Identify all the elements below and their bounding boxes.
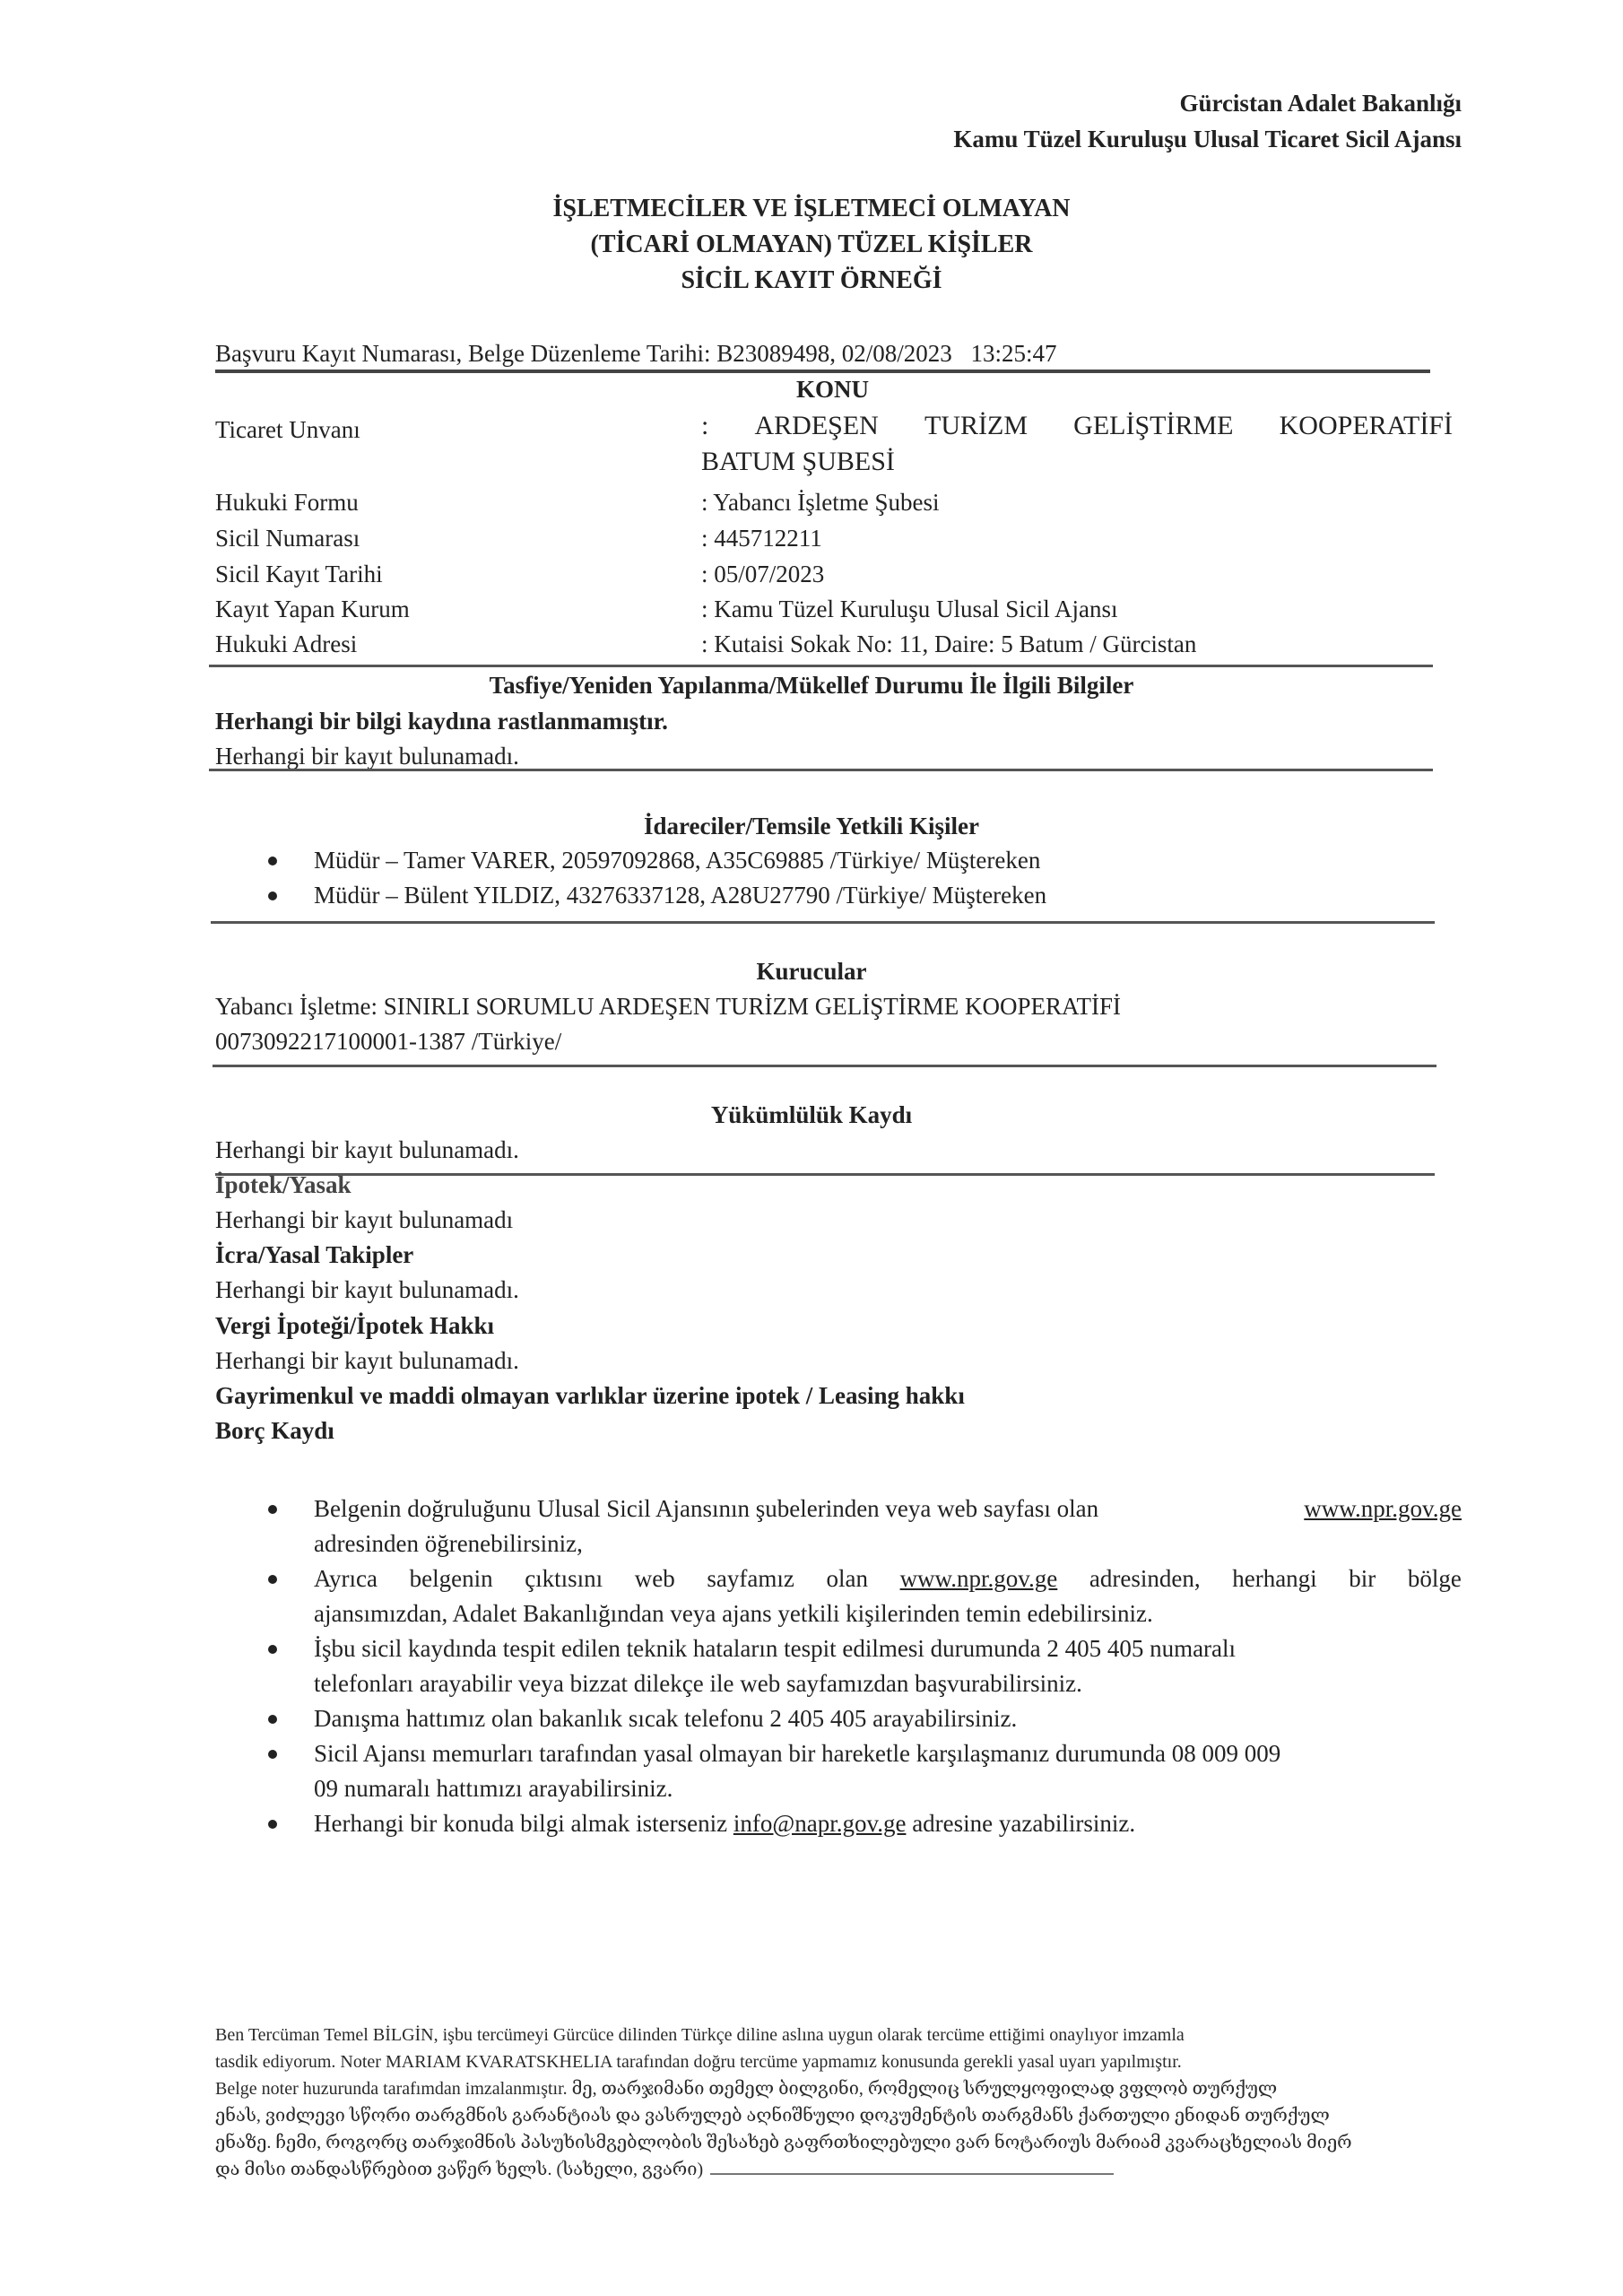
divider (209, 665, 1433, 667)
yukumluluk-note: Herhangi bir kayıt bulunamadı. (215, 1134, 519, 1166)
document-title-line3: SİCİL KAYIT ÖRNEĞİ (0, 263, 1623, 299)
tasfiye-note: Herhangi bir kayıt bulunamadı. (215, 740, 519, 772)
bullet-icon (268, 1645, 277, 1654)
application-number: B23089498, (716, 340, 836, 367)
vergi-note: Herhangi bir kayıt bulunamadı. (215, 1344, 519, 1377)
bullet-icon (268, 1575, 277, 1584)
divider (215, 1173, 1435, 1176)
idareciler-heading: İdareciler/Temsile Yetkili Kişiler (0, 810, 1623, 842)
bullet-icon (268, 1505, 277, 1514)
ipotek-heading: İpotek/Yasak (215, 1169, 352, 1201)
divider (211, 921, 1435, 924)
bullet-icon (268, 857, 277, 865)
document-title-line1: İŞLETMECİLER VE İŞLETMECİ OLMAYAN (0, 191, 1623, 227)
tasfiye-heading: Tasfiye/Yeniden Yapılanma/Mükellef Durum… (0, 669, 1623, 701)
icra-note: Herhangi bir kayıt bulunamadı. (215, 1274, 519, 1306)
borc-heading: Borç Kaydı (215, 1414, 334, 1447)
gayrimenkul-heading: Gayrimenkul ve maddi olmayan varlıklar ü… (215, 1379, 965, 1412)
icra-heading: İcra/Yasal Takipler (215, 1239, 413, 1271)
manager-item: Müdür – Bülent YILDIZ, 43276337128, A28U… (260, 878, 1462, 913)
divider (209, 769, 1433, 771)
divider (213, 1065, 1436, 1067)
info-item-verification: Belgenin doğruluğunu Ulusal Sicil Ajansı… (260, 1492, 1462, 1561)
signature-line (710, 2157, 1114, 2175)
application-label: Başvuru Kayıt Numarası, Belge Düzenleme … (215, 340, 710, 367)
agency-name: Kamu Tüzel Kuruluşu Ulusal Ticaret Sicil… (953, 121, 1462, 157)
tasfiye-bold-note: Herhangi bir bilgi kaydına rastlanmamışt… (215, 705, 668, 737)
application-time: 13:25:47 (971, 340, 1057, 367)
info-email-link[interactable]: info@napr.gov.ge (733, 1810, 907, 1837)
founder-line2: 0073092217100001-1387 /Türkiye/ (215, 1025, 561, 1057)
translator-certification: Ben Tercüman Temel BİLGİN, işbu tercümey… (215, 2022, 1462, 2183)
info-item-hotline: Danışma hattımız olan bakanlık sıcak tel… (260, 1701, 1462, 1736)
bullet-icon (268, 1750, 277, 1759)
bullet-icon (268, 1715, 277, 1724)
application-info: Başvuru Kayıt Numarası, Belge Düzenleme … (215, 337, 1057, 370)
field-label: Ticaret Unvanı (215, 413, 360, 446)
founder-line1: Yabancı İşletme: SINIRLI SORUMLU ARDEŞEN… (215, 990, 1121, 1022)
npr-website-link[interactable]: www.npr.gov.ge (1304, 1492, 1462, 1526)
konu-heading: KONU (796, 373, 869, 405)
ipotek-note: Herhangi bir kayıt bulunamadı (215, 1204, 513, 1236)
application-date: 02/08/2023 (842, 340, 952, 367)
ministry-name: Gürcistan Adalet Bakanlığı (1179, 85, 1462, 121)
info-item-technical-errors: İşbu sicil kaydında tespit edilen teknik… (260, 1631, 1462, 1701)
document-title-line2: (TİCARİ OLMAYAN) TÜZEL KİŞİLER (0, 227, 1623, 263)
yukumluluk-heading: Yükümlülük Kaydı (0, 1099, 1623, 1131)
info-item-misconduct: Sicil Ajansı memurları tarafından yasal … (260, 1736, 1462, 1806)
bullet-icon (268, 891, 277, 900)
bullet-icon (268, 1820, 277, 1829)
kurucular-heading: Kurucular (0, 955, 1623, 987)
ticaret-unvani-value: : ARDEŞEN TURİZM GELİŞTİRME KOOPERATİFİ … (701, 408, 1453, 480)
manager-item: Müdür – Tamer VARER, 20597092868, A35C69… (260, 843, 1462, 878)
info-item-printout: Ayrıca belgenin çıktısını web sayfamız o… (260, 1561, 1462, 1631)
vergi-heading: Vergi İpoteği/İpotek Hakkı (215, 1309, 494, 1342)
npr-website-link[interactable]: www.npr.gov.ge (900, 1561, 1058, 1596)
info-item-email: Herhangi bir konuda bilgi almak istersen… (260, 1806, 1462, 1841)
registry-document-page: Gürcistan Adalet Bakanlığı Kamu Tüzel Ku… (0, 0, 1623, 2296)
